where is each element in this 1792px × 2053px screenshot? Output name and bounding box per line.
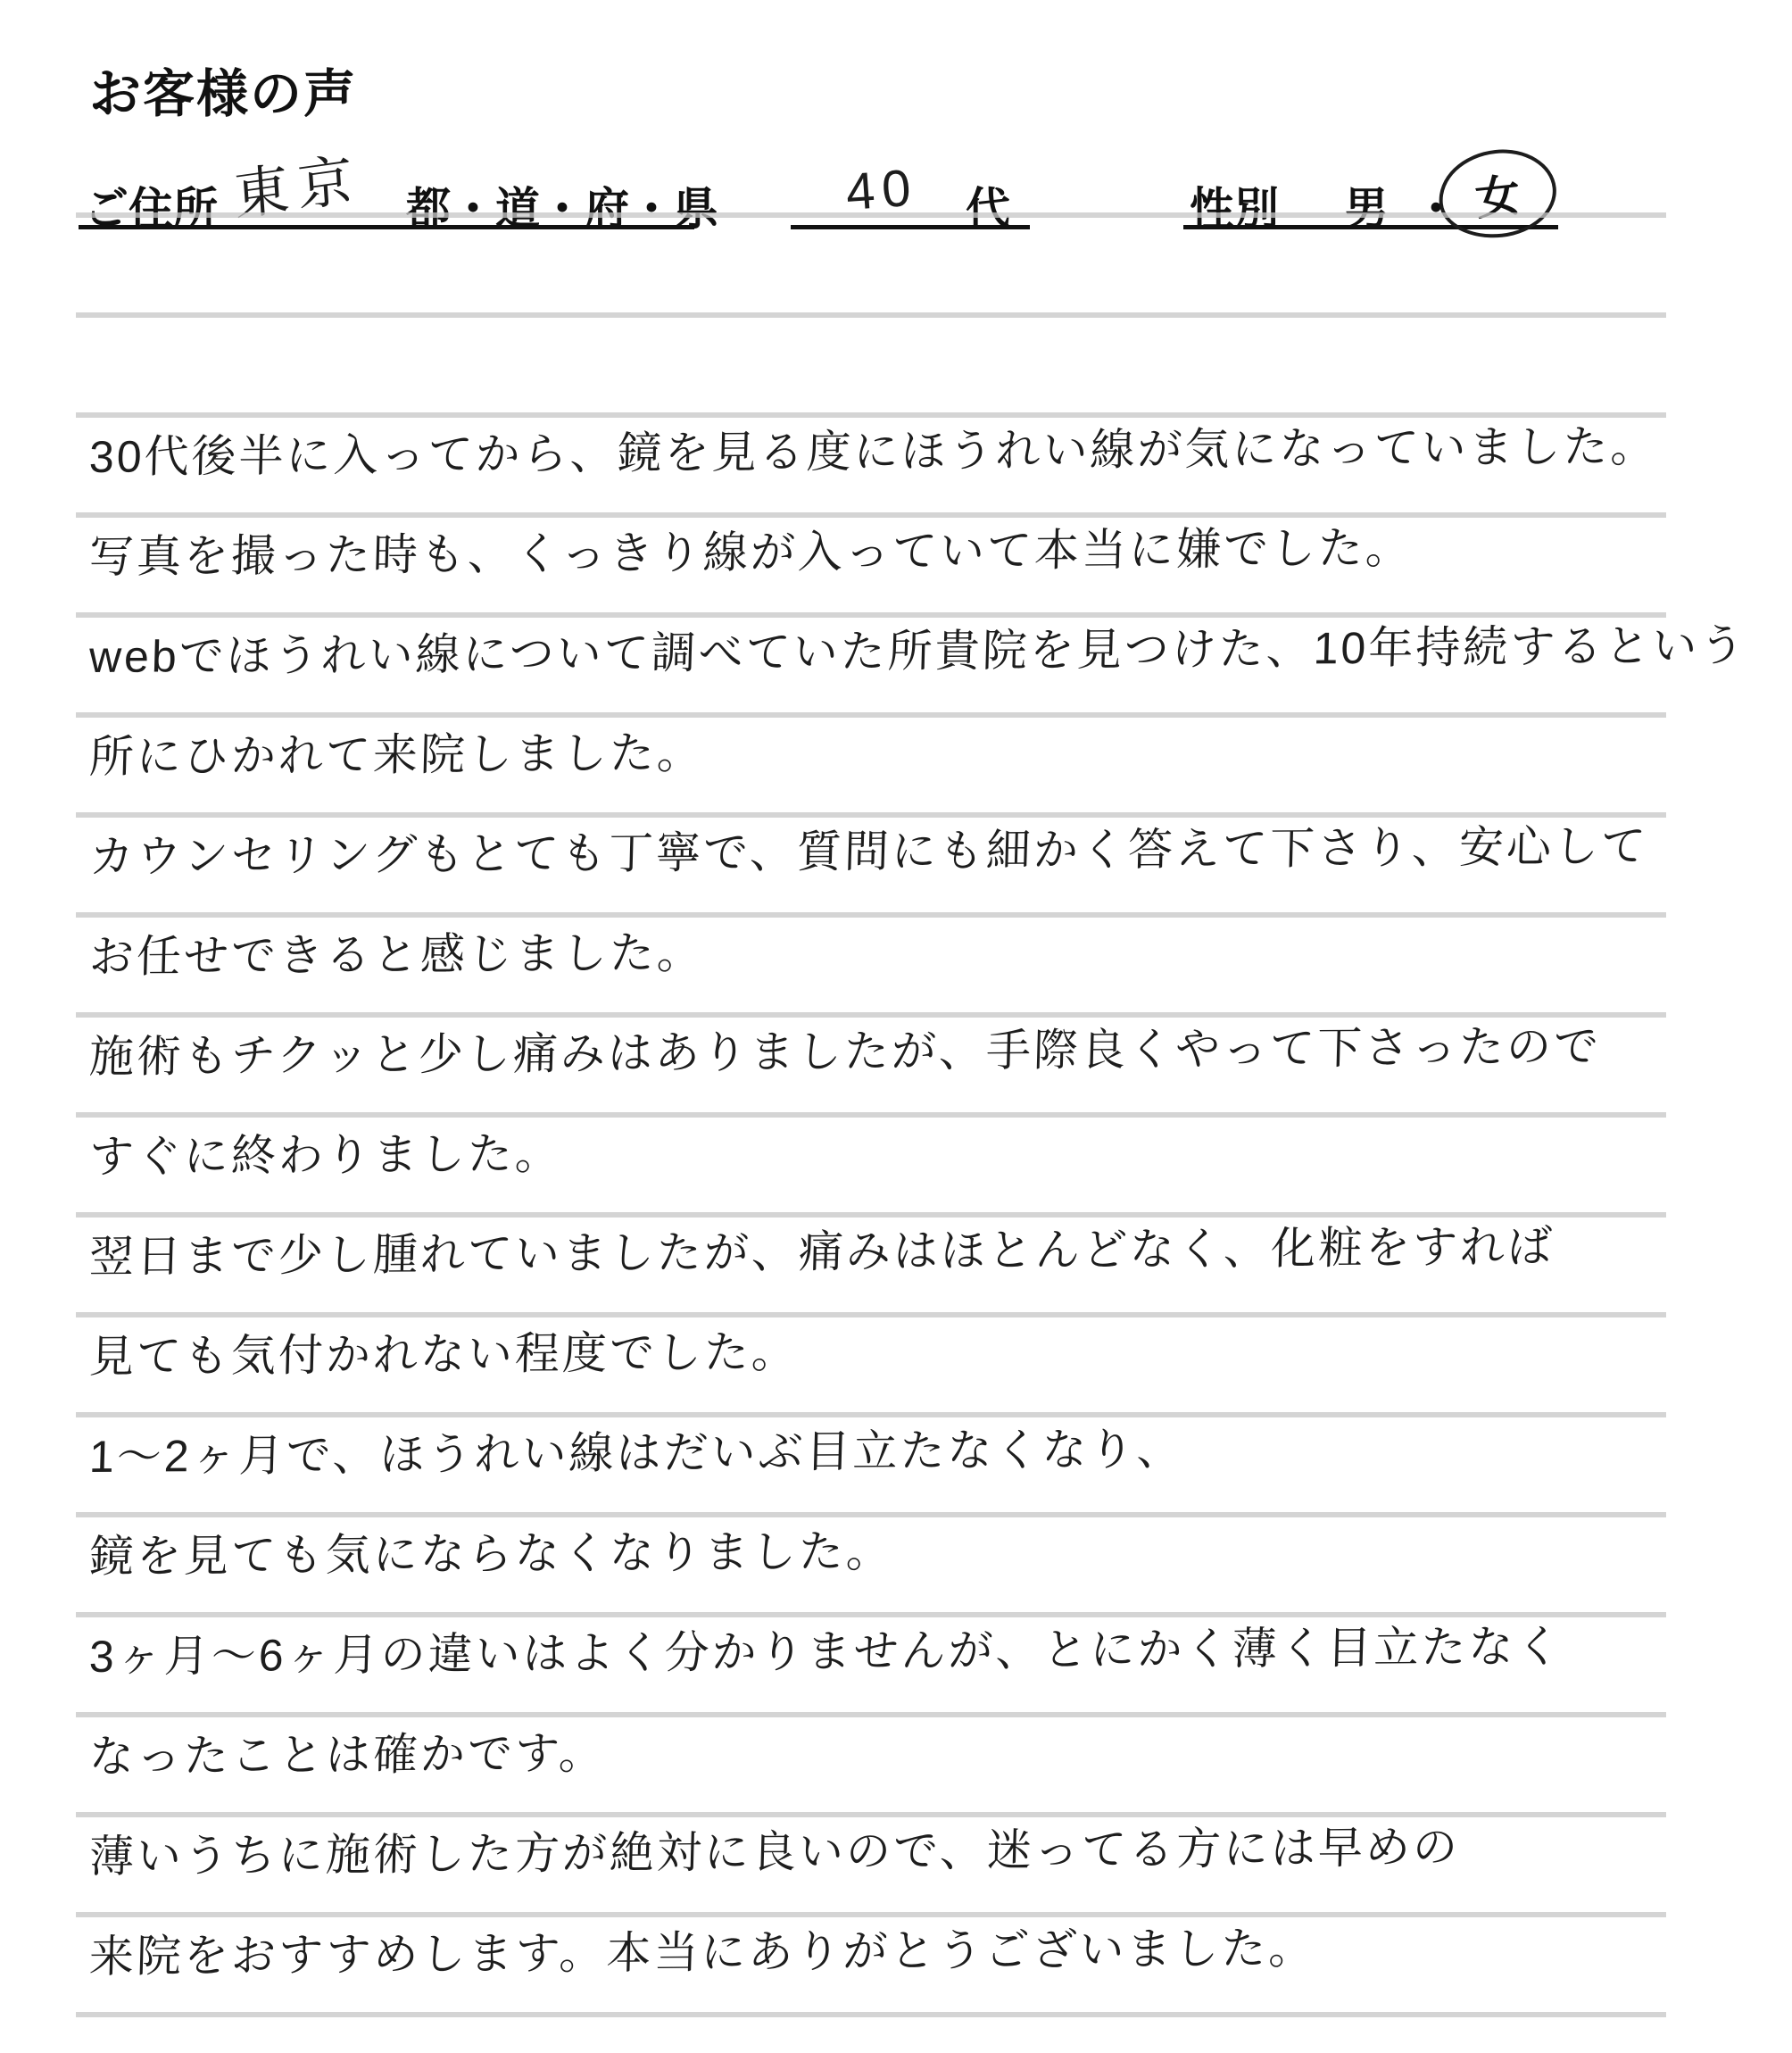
scanned-feedback-form: お客様の声 ご住所 東京 都・道・府・県 40 代 性別 男 ・ 女 30代後半…	[0, 0, 1792, 2053]
testimonial-line: 30代後半に入ってから、鏡を見る度にほうれい線が気になっていました。	[88, 420, 1658, 484]
testimonial-line: 来院をおすすめします。本当にありがとうございました。	[88, 1921, 1316, 1983]
testimonial-line: すぐに終わりました。	[88, 1126, 563, 1184]
testimonial-line: 施術もチクッと少し痛みはありましたが、手際良くやって下さったので	[88, 1019, 1602, 1084]
testimonial-line: 翌日まで少し腫れていましたが、痛みはほとんどなく、化粧をすれば	[88, 1220, 1556, 1284]
testimonial-line: 薄いうちに施術した方が絶対に良いので、迷ってる方には早めの	[88, 1820, 1461, 1883]
testimonial-line: 所にひかれて来院しました。	[88, 726, 705, 784]
page-title: お客様の声	[89, 52, 357, 127]
testimonial-line: なったことは確かです。	[88, 1726, 607, 1783]
testimonial-line: 1〜2ヶ月で、ほうれい線はだいぶ目立たなくなり、	[88, 1422, 1184, 1484]
testimonial-line: お任せできると感じました。	[88, 926, 705, 984]
testimonial-line: 写真を撮った時も、くっきり線が入っていて本当に嫌でした。	[88, 521, 1414, 584]
testimonial-line: 見ても気付かれない程度でした。	[88, 1325, 800, 1384]
testimonial-line: カウンセリングもとても丁寧で、質問にも細かく答えて下さり、安心して	[88, 819, 1649, 884]
testimonial-line: 3ヶ月〜6ヶ月の違いはよく分かりませんが、とにかく薄く目立たなく	[88, 1619, 1564, 1683]
testimonial-line: 鏡を見ても気にならなくなりました。	[88, 1525, 894, 1583]
